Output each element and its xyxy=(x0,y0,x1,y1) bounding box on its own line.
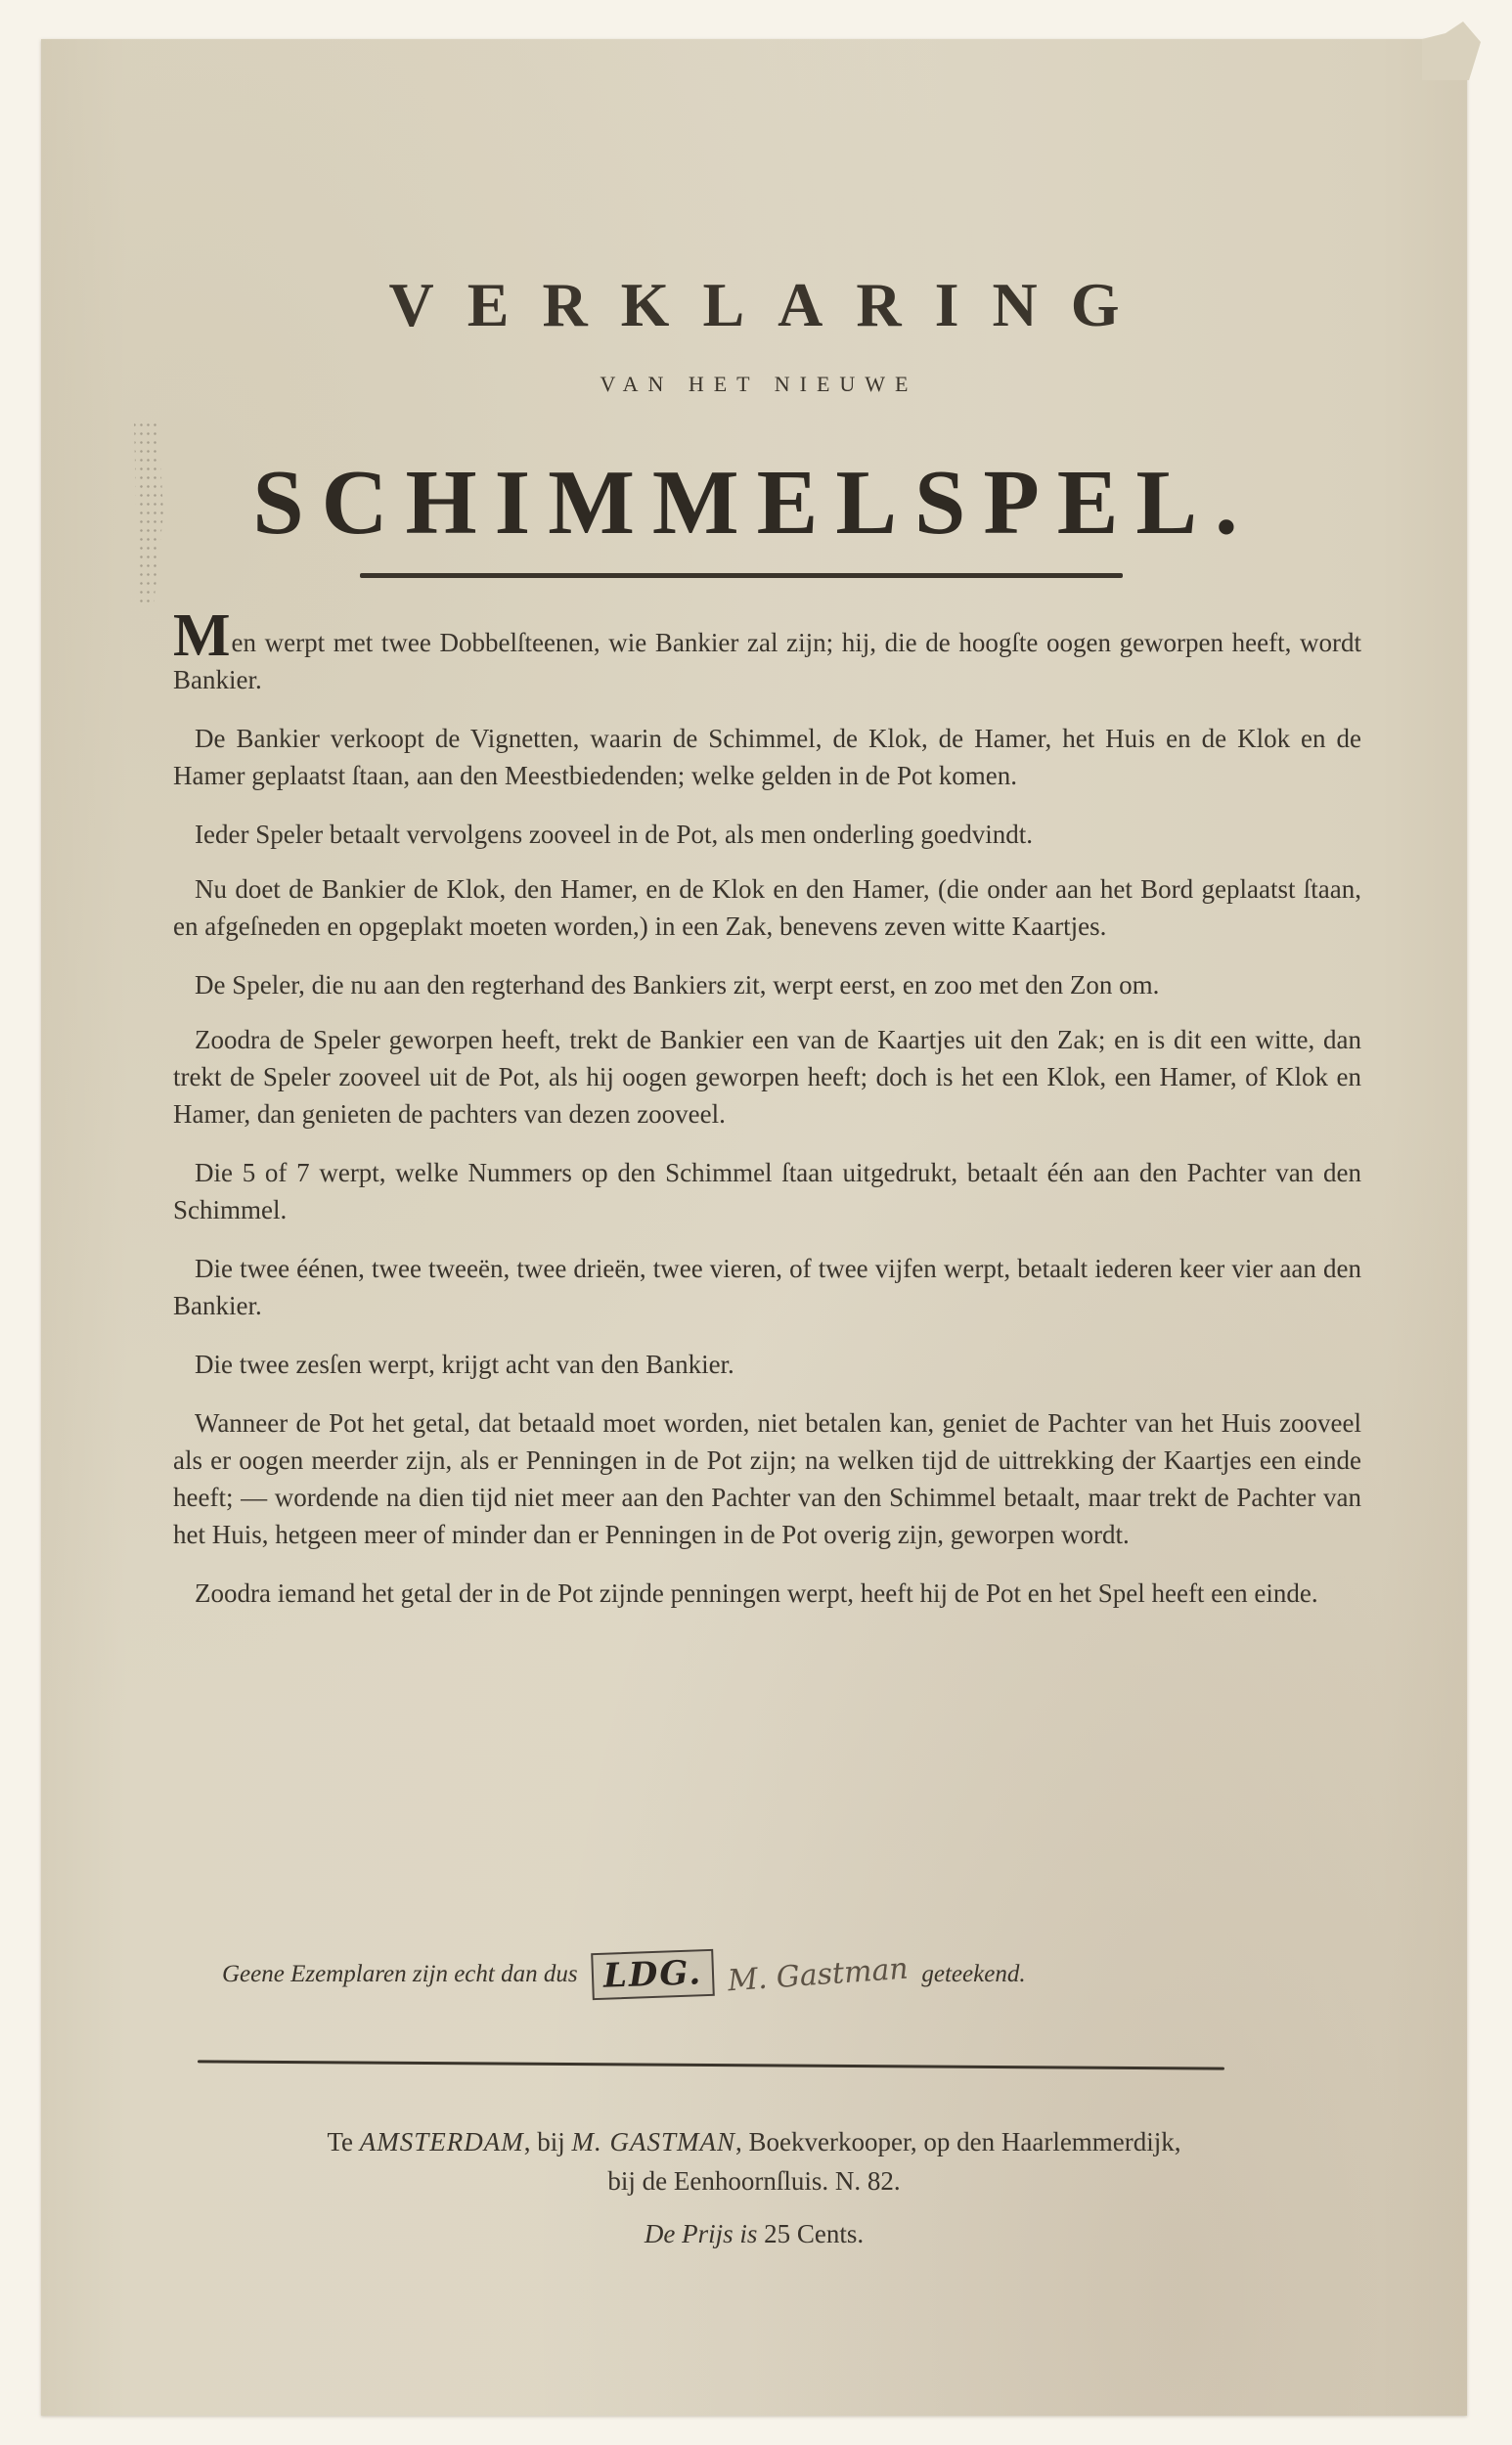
imprint-text: Te xyxy=(327,2127,353,2156)
imprint-text: , bij xyxy=(524,2127,565,2156)
authenticity-text: Geene Ezemplaren zijn echt dan dus xyxy=(222,1961,578,1988)
ink-stamp: LDG. xyxy=(591,1949,715,2000)
imprint-city: AMSTERDAM xyxy=(360,2127,524,2156)
document-sheet: VERKLARING VAN HET NIEUWE SCHIMMELSPEL. … xyxy=(41,39,1467,2416)
title-schimmelspel: SCHIMMELSPEL. xyxy=(41,450,1467,556)
price-label: De Prijs is xyxy=(645,2219,758,2248)
paragraph: Nu doet de Bankier de Klok, den Hamer, e… xyxy=(173,870,1361,945)
paragraph: Zoodra iemand het getal der in de Pot zi… xyxy=(173,1575,1361,1612)
authenticity-line: Geene Ezemplaren zijn echt dan dus LDG. … xyxy=(222,1951,1026,1998)
paragraph: Die twee éénen, twee tweeën, twee drieën… xyxy=(173,1250,1361,1324)
price-line: De Prijs is 25 Cents. xyxy=(41,2214,1467,2253)
rules-text: Men werpt met twee Dobbelſteenen, wie Ba… xyxy=(173,616,1361,1633)
torn-corner xyxy=(1422,22,1481,80)
drop-cap: M xyxy=(173,602,231,669)
paragraph: Die twee zesſen werpt, krijgt acht van d… xyxy=(173,1346,1361,1383)
paragraph-text: en werpt met twee Dobbelſteenen, wie Ban… xyxy=(173,628,1361,694)
title-verklaring: VERKLARING xyxy=(41,269,1467,341)
signed-text: geteekend. xyxy=(921,1961,1025,1988)
imprint-line-1: Te AMSTERDAM, bij M. GASTMAN, Boekverkoo… xyxy=(41,2122,1467,2161)
paragraph: Wanneer de Pot het getal, dat betaald mo… xyxy=(173,1404,1361,1553)
paragraph: Ieder Speler betaalt vervolgens zooveel … xyxy=(173,816,1361,853)
paragraph: Die 5 of 7 werpt, welke Nummers op den S… xyxy=(173,1154,1361,1228)
imprint-rule xyxy=(198,2060,1224,2069)
paragraph: Zoodra de Speler geworpen heeft, trekt d… xyxy=(173,1021,1361,1133)
title-rule xyxy=(360,573,1123,578)
handwritten-signature: M. Gastman xyxy=(727,1951,910,1998)
price-value: 25 xyxy=(764,2219,790,2248)
paragraph: Men werpt met twee Dobbelſteenen, wie Ba… xyxy=(173,616,1361,698)
imprint-text: , Boekverkooper, op den Haarlemmerdijk, xyxy=(735,2127,1181,2156)
price-unit: Cents. xyxy=(797,2219,864,2248)
paragraph: De Bankier verkoopt de Vignetten, waarin… xyxy=(173,720,1361,794)
paragraph: De Speler, die nu aan den regterhand des… xyxy=(173,966,1361,1003)
imprint-publisher: M. GASTMAN xyxy=(572,2127,736,2156)
imprint: Te AMSTERDAM, bij M. GASTMAN, Boekverkoo… xyxy=(41,2122,1467,2253)
subtitle: VAN HET NIEUWE xyxy=(41,372,1467,397)
imprint-line-2: bij de Eenhoornſluis. N. 82. xyxy=(41,2161,1467,2200)
